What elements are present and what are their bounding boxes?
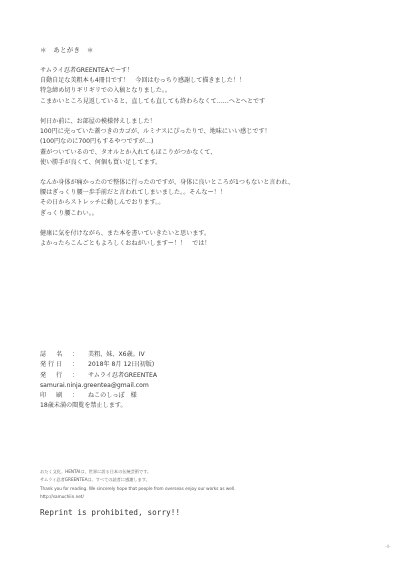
- website-link[interactable]: http://samuchiin.net/: [40, 493, 236, 501]
- age-notice: 18歳未満の閲覧を禁止します。: [40, 401, 157, 411]
- colophon-row-printer: 印 刷 ： ねこのしっぽ 様: [40, 391, 157, 401]
- reprint-notice: Reprint is prohibited, sorry!!: [40, 508, 180, 517]
- afterword-paragraph-4: 健康に気を付けながら、また本を書いていきたいと思います。 よかったらこんごともよ…: [40, 229, 210, 249]
- reader-notice: おたく文化、HENTAIは、世界に誇る日本の伝統芸術です。 サムライ忍者GREE…: [40, 468, 236, 502]
- afterword-paragraph-3: なんか身体が痛かったので整体に行ったのですが、身体に良いところが1つもないと言わ…: [40, 178, 294, 219]
- colophon-row-publisher: 発 行 ： サムライ忍者GREENTEA: [40, 371, 157, 381]
- page-number: -4-: [385, 544, 390, 549]
- colophon-row-title: 誌 名 ： 美粗、妹、X6歳。IV: [40, 350, 157, 360]
- colophon-row-date: 発行日 ： 2018年 8月 12日(初版): [40, 360, 157, 370]
- afterword-heading: ＊ あとがき ＊: [40, 45, 94, 54]
- afterword-paragraph-2: 何日か前に、お部屋の模様替えしました！ 100円に売っていた蓋つきのカゴが、ルミ…: [40, 117, 271, 168]
- afterword-paragraph-1: サムライ忍者GREENTEAでーす！ 自動自足な美粗本も4冊目です！ 今回はむっ…: [40, 66, 265, 107]
- document-page: ＊ あとがき ＊ サムライ忍者GREENTEAでーす！ 自動自足な美粗本も4冊目…: [0, 0, 400, 565]
- colophon: 誌 名 ： 美粗、妹、X6歳。IV 発行日 ： 2018年 8月 12日(初版)…: [40, 350, 157, 412]
- colophon-email[interactable]: samurai.ninja.greentea@gmail.com: [40, 381, 157, 391]
